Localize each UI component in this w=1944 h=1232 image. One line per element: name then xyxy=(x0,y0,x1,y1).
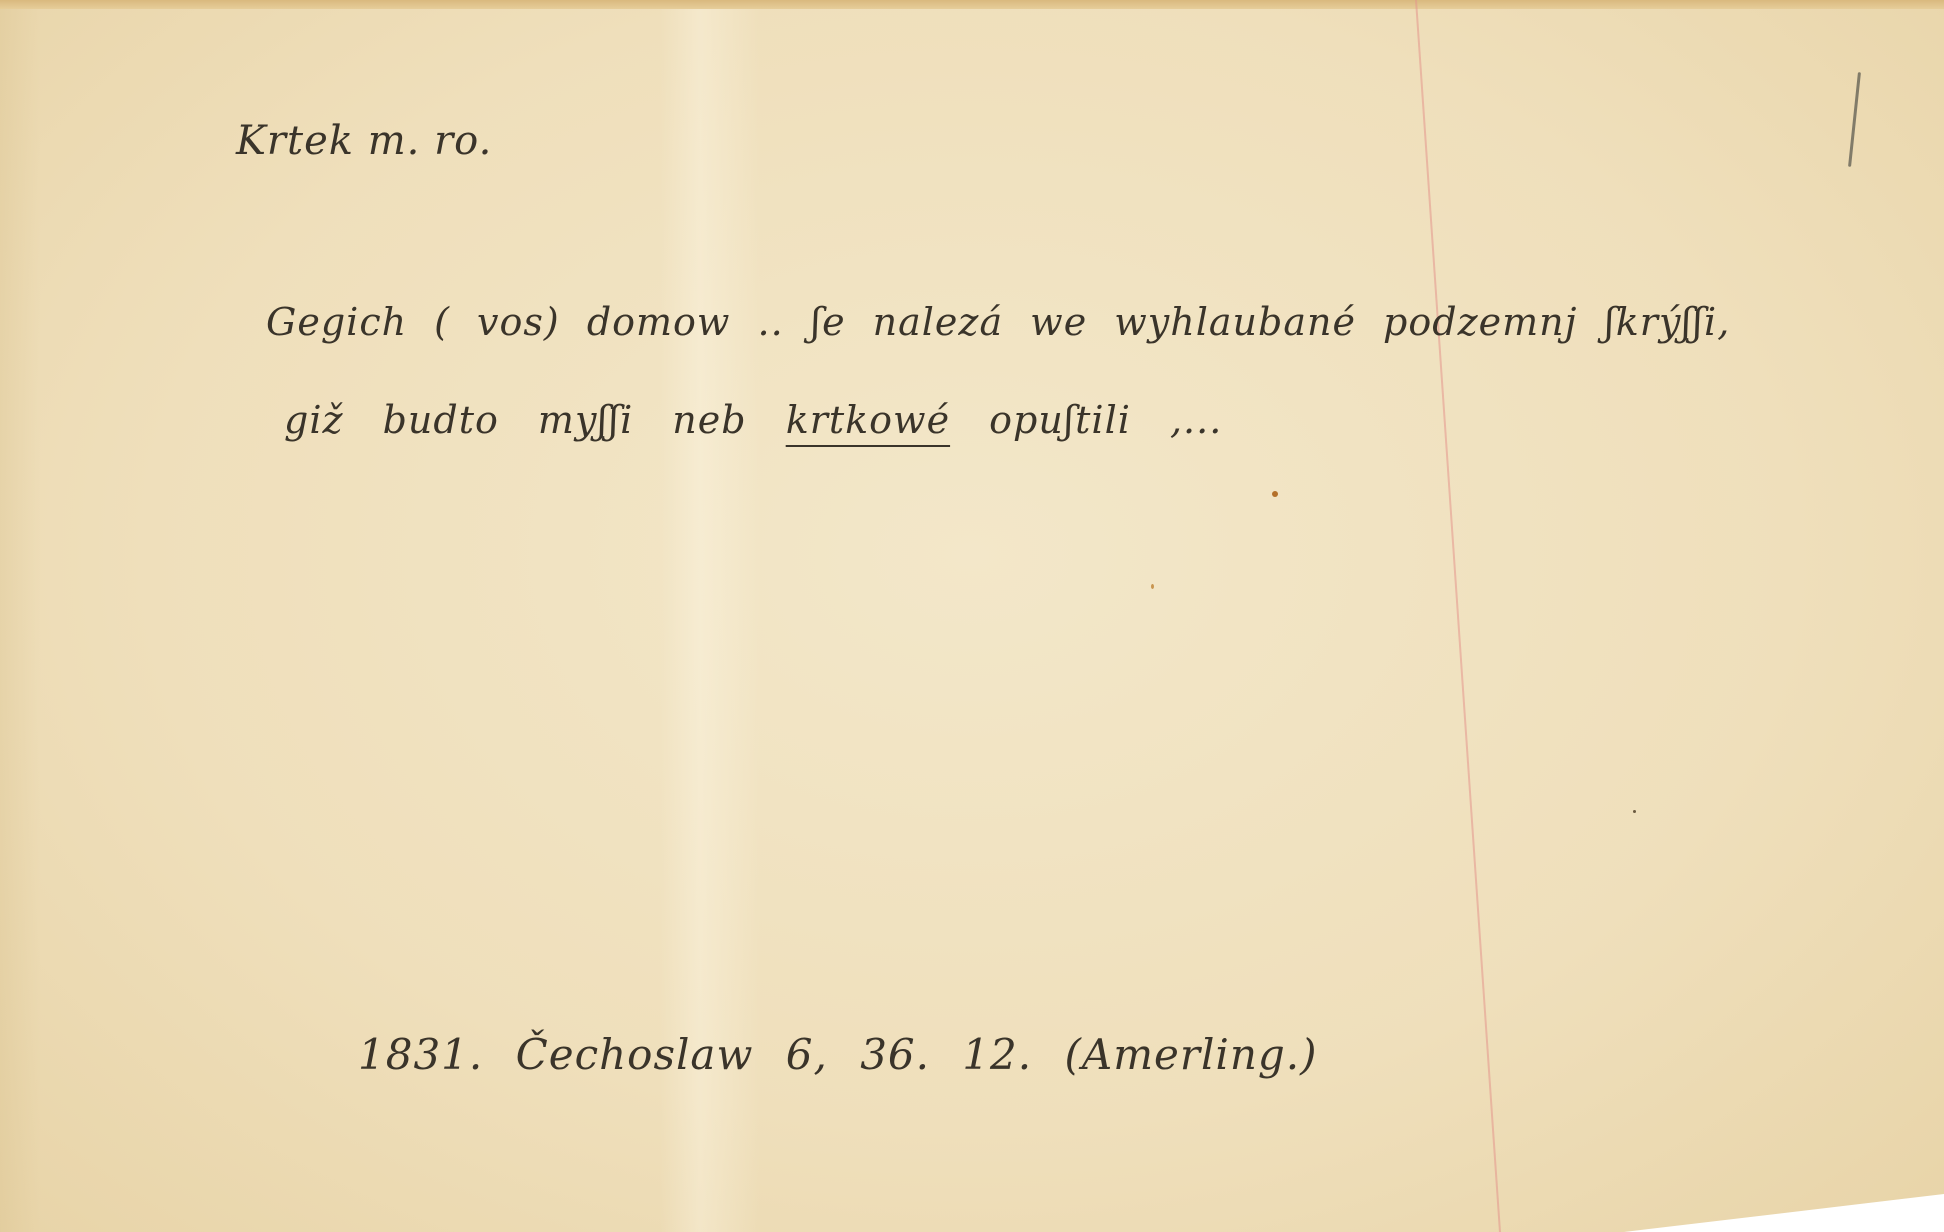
headword-text: Krtek m. xyxy=(236,118,434,164)
quote-line-1: Gegich ( vos) domow .. ʃe nalezá we wyhl… xyxy=(266,300,1730,344)
ink-speck xyxy=(1272,491,1278,497)
quote-line-2-start: giž budto myʃʃi neb xyxy=(284,398,747,442)
underlined-headword-occurrence: krtkowé xyxy=(786,398,950,442)
card-top-edge xyxy=(0,0,1944,9)
headword-gender-tail: ro. xyxy=(434,118,492,164)
quote-line-2: giž budto myʃʃi neb krtkowé opuʃtili ,..… xyxy=(284,398,1222,442)
ink-speck xyxy=(1633,810,1636,813)
quote-line-2-end: opuʃtili ,... xyxy=(989,398,1222,442)
source-citation: 1831. Čechoslaw 6, 36. 12. (Amerling.) xyxy=(358,1030,1318,1079)
headword: Krtek m. ro. xyxy=(236,118,492,164)
pencil-stroke-mark xyxy=(1848,72,1861,167)
index-card: Krtek m. ro. Gegich ( vos) domow .. ʃe n… xyxy=(0,0,1944,1232)
ink-speck xyxy=(1151,584,1154,589)
margin-rule-line xyxy=(1415,0,1501,1232)
scan-corner-background xyxy=(1624,1194,1944,1232)
